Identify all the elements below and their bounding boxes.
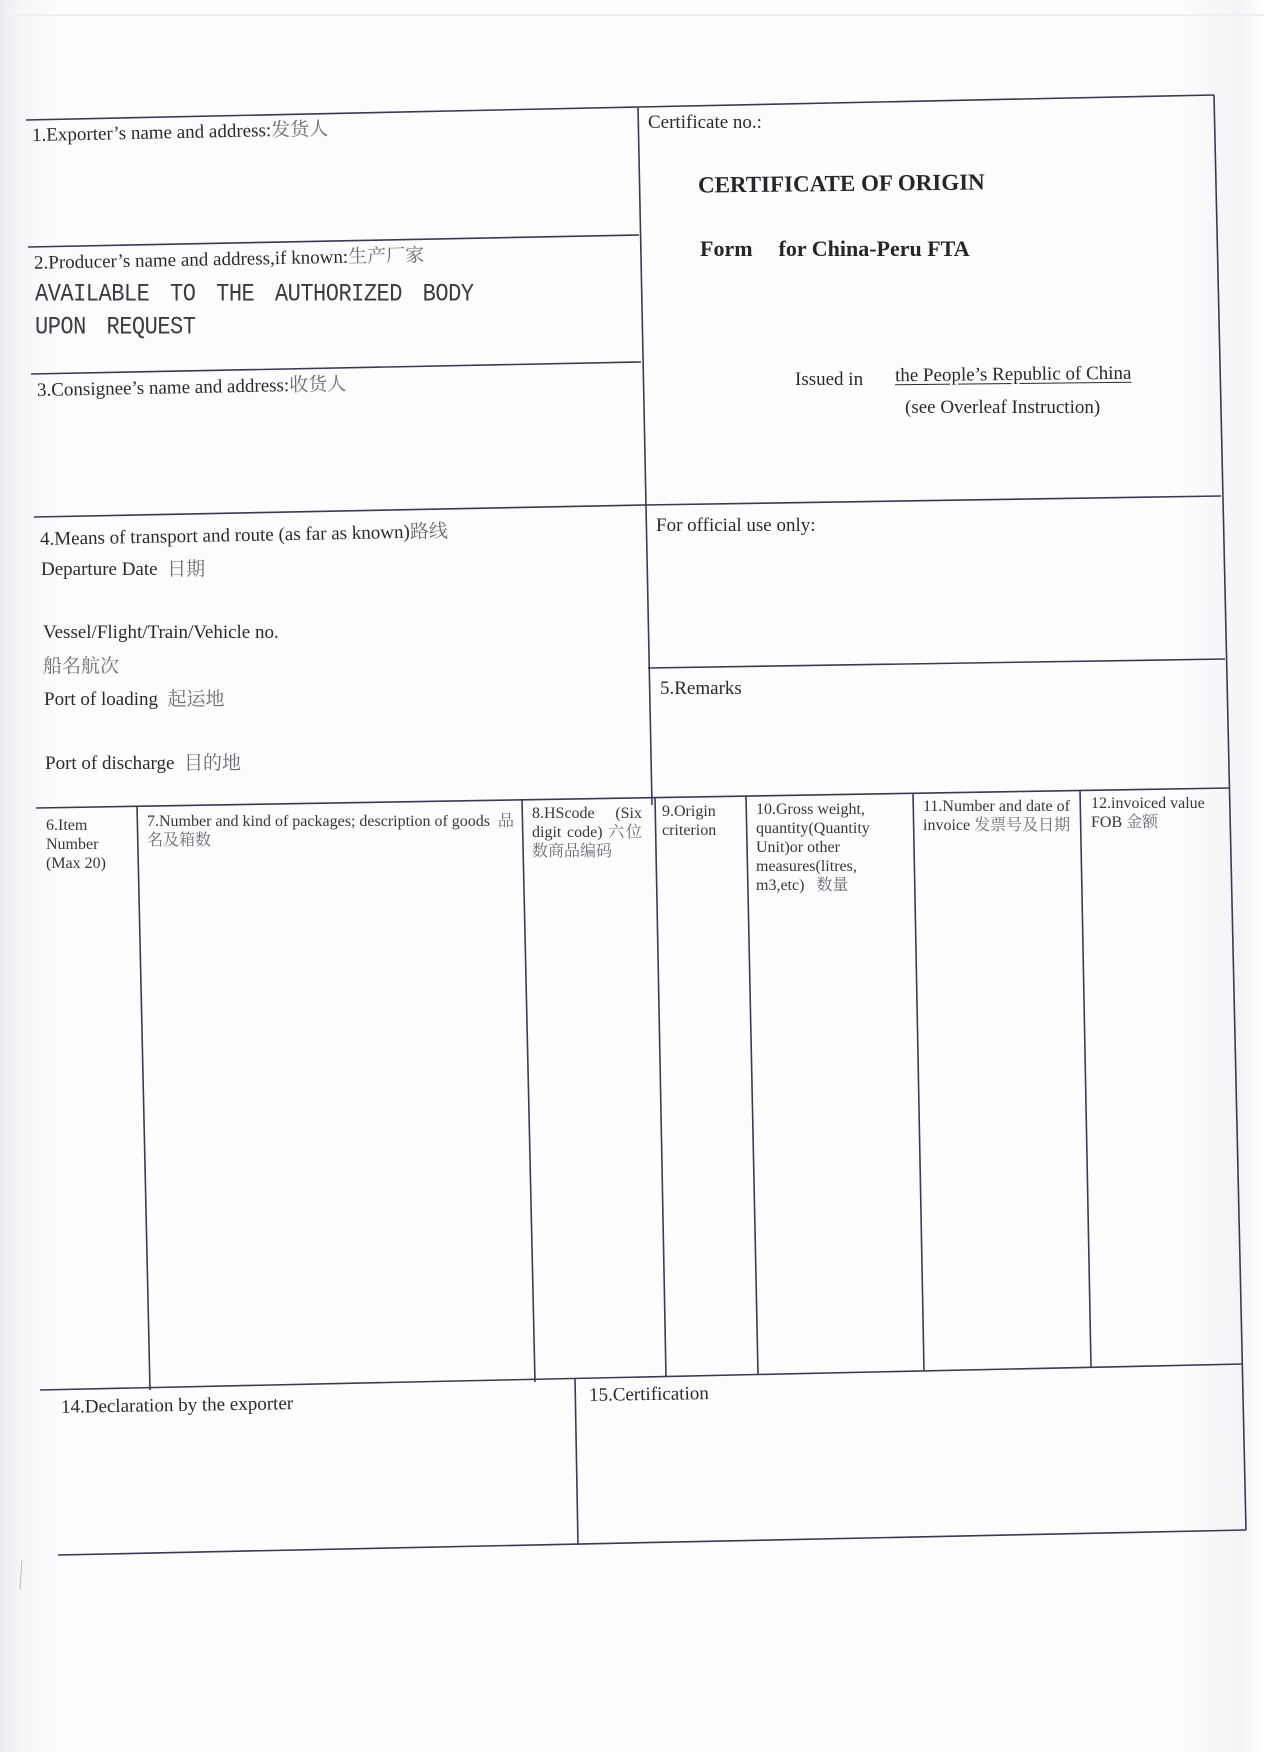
column-header-item-number: 6.Item Number (Max 20) [46,816,131,873]
issued-in-label: Issued in [795,370,863,389]
port-of-loading-field[interactable]: Port of loading 起运地 [44,690,225,709]
document-title: CERTIFICATE OF ORIGIN [698,170,985,196]
port-of-loading-label: Port of loading [44,689,158,710]
packages-label: 7.Number and kind of packages; descripti… [147,813,490,830]
column-header-gross-weight: 10.Gross weight, quantity(Quantity Unit)… [756,800,906,895]
origin-criterion-cell[interactable] [666,880,752,1375]
packages-cell[interactable] [150,880,525,1380]
item-number-cell[interactable] [40,880,140,1380]
gross-weight-label: 10.Gross weight, quantity(Quantity Unit)… [756,801,870,894]
invoice-label-cn: 发票号及日期 [974,817,1070,834]
column-header-packages: 7.Number and kind of packages; descripti… [147,812,517,850]
certification-label: 15.Certification [589,1383,709,1406]
port-of-discharge-field[interactable]: Port of discharge 目的地 [45,754,241,773]
declaration-field[interactable]: 14.Declaration by the exporter [61,1394,293,1417]
origin-label: 9.Origin criterion [662,803,716,839]
certificate-no-field[interactable]: Certificate no.: [648,113,762,132]
remarks-field[interactable]: 5.Remarks [660,679,742,698]
column-header-hscode: 8.HScode (Six digit code) 六位数商品编码 [532,804,642,861]
remarks-label: 5.Remarks [660,678,742,699]
column-header-origin: 9.Origin criterion [662,802,742,840]
departure-date-label: Departure Date [41,559,158,580]
column-header-fob: 12.invoiced value FOB 金额 [1091,794,1221,832]
vessel-label-cn: 船名航次 [43,657,119,676]
official-use-field: For official use only: [656,516,816,535]
port-of-loading-label-cn: 起运地 [168,689,225,710]
column-header-invoice: 11.Number and date of invoice 发票号及日期 [923,797,1073,835]
fob-label-cn: 金额 [1126,814,1158,831]
certification-field[interactable]: 15.Certification [589,1384,709,1405]
form-for-label: for China-Peru FTA [779,236,970,261]
gross-weight-label-cn: 数量 [816,877,848,894]
form-label: Form [700,236,753,261]
declaration-label: 14.Declaration by the exporter [61,1393,293,1418]
form-subtitle: Formfor China-Peru FTA [700,238,970,260]
vessel-field[interactable]: Vessel/Flight/Train/Vehicle no. [43,623,279,642]
vessel-label: Vessel/Flight/Train/Vehicle no. [43,622,279,643]
invoice-cell[interactable] [924,880,1084,1365]
issued-in-value: the People’s Republic of China [895,364,1132,385]
producer-value-line1: AVAILABLE TO THE AUTHORIZED BODY [35,282,473,307]
departure-date-label-cn: 日期 [167,559,205,580]
certificate-no-label: Certificate no.: [648,112,762,133]
consignee-label-cn: 收货人 [289,374,346,396]
port-of-discharge-label-cn: 目的地 [184,753,241,774]
transport-label-cn: 路线 [410,521,448,543]
overleaf-instruction-note: (see Overleaf Instruction) [905,398,1100,417]
exporter-label-cn: 发货人 [271,119,328,141]
producer-value-line2: UPON REQUEST [35,315,195,340]
departure-date-field[interactable]: Departure Date 日期 [41,560,205,579]
official-use-label: For official use only: [656,515,816,536]
item-number-label: 6.Item Number (Max 20) [46,817,106,872]
gross-weight-cell[interactable] [758,900,918,1370]
hscode-cell[interactable] [535,880,660,1375]
fob-value-cell[interactable] [1091,880,1236,1360]
producer-label-cn: 生产厂家 [348,245,424,267]
port-of-discharge-label: Port of discharge [45,753,174,774]
